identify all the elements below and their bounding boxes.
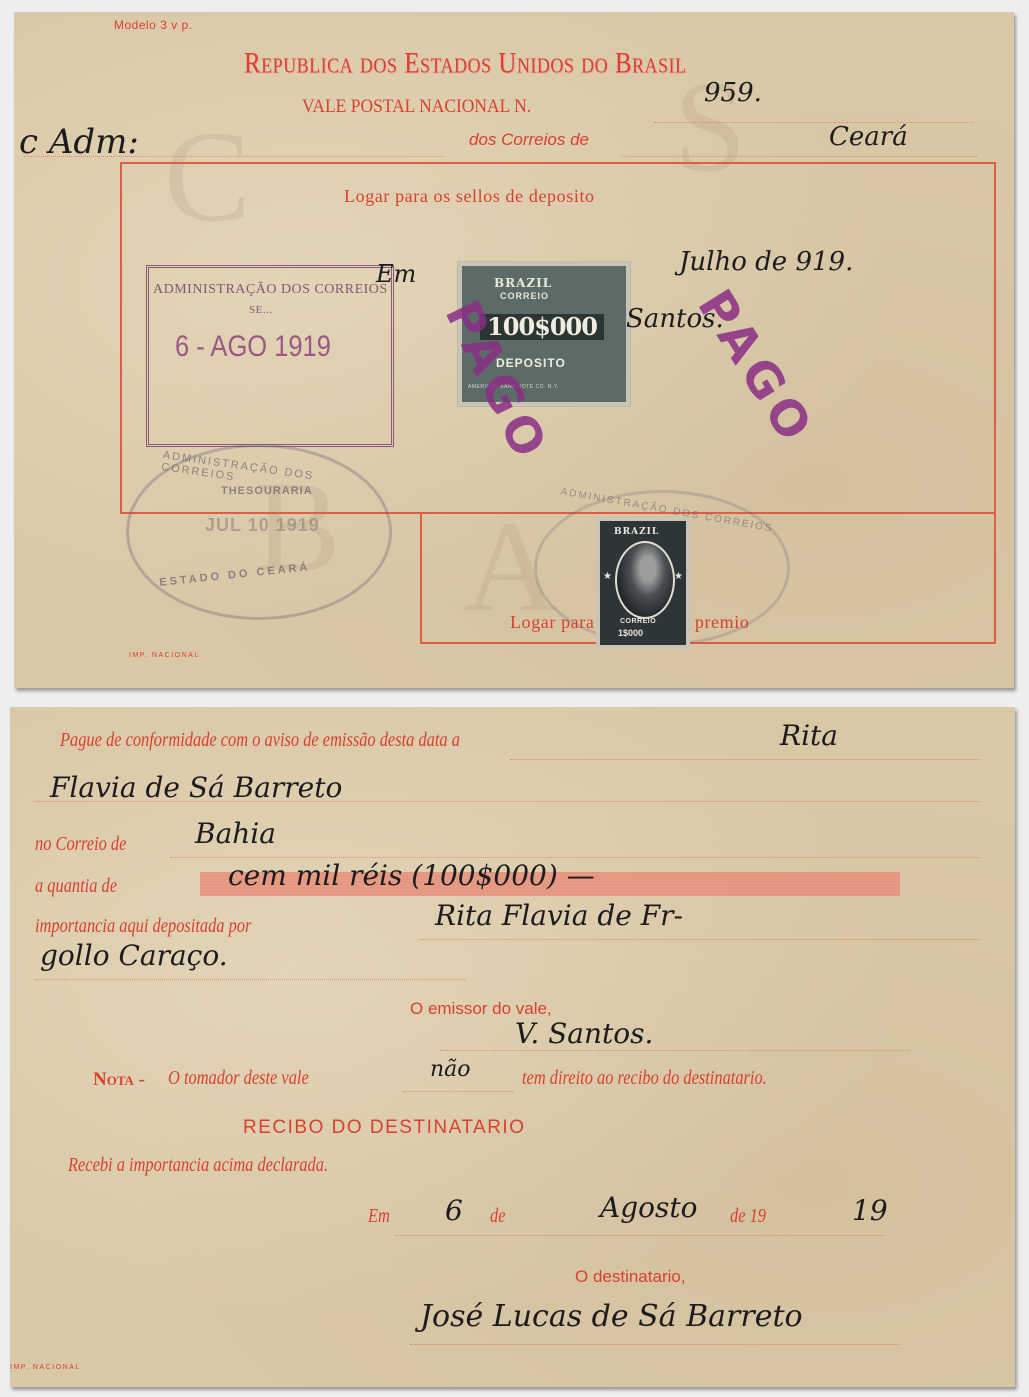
- issuer-signature: V. Santos.: [515, 1017, 653, 1050]
- city-line: [622, 156, 977, 157]
- line2-dots: [35, 801, 980, 802]
- handwritten-month: Agosto: [600, 1191, 697, 1224]
- pay-instruction: Pague de conformidade com o aviso de emi…: [60, 729, 460, 752]
- handwritten-destination: Bahia: [195, 817, 276, 850]
- receipt-statement: Recebi a importancia acima declarada.: [68, 1154, 328, 1177]
- nota-text-b: tem direito ao recibo do destinatario.: [522, 1067, 767, 1090]
- correio-label: no Correio de: [35, 833, 126, 856]
- date-stamp-office: ADMINISTRAÇÃO DOS CORREIOS: [153, 282, 388, 298]
- printer-imprint: IMP. NACIONAL: [10, 1364, 81, 1371]
- handwritten-day: 6: [445, 1194, 463, 1227]
- recipient-signature: José Lucas de Sá Barreto: [420, 1299, 803, 1334]
- document-title: Republica dos Estados Unidos do Brasil: [244, 47, 687, 80]
- handwritten-year: 19: [852, 1194, 888, 1227]
- recipient-line: [410, 1344, 900, 1345]
- portrait-icon: [615, 541, 675, 619]
- vale-number-line: [654, 122, 974, 123]
- stamp-service: CORREIO: [620, 618, 656, 625]
- correios-label: dos Correios de: [469, 130, 589, 150]
- date-line: [395, 1235, 885, 1236]
- stamp-country: BRAZIL: [614, 527, 659, 537]
- adm-line: [24, 156, 444, 157]
- de-label: de: [490, 1205, 505, 1228]
- star-icon: ★: [603, 571, 612, 582]
- handwritten-em: Em: [376, 260, 416, 288]
- oval-stamp-date: JUL 10 1919: [205, 515, 320, 536]
- handwritten-amount: cem mil réis (100$000) —: [228, 859, 595, 892]
- handwritten-nao: não: [430, 1057, 471, 1082]
- stamp-country: BRAZIL: [494, 276, 552, 290]
- nota-text-a: O tomador deste vale: [168, 1067, 309, 1090]
- line6-dots: [35, 979, 465, 980]
- oval-treasury-stamp: ADMINISTRAÇÃO DOS CORREIOS THESOURARIA J…: [126, 444, 392, 620]
- money-order-back: Pague de conformidade com o aviso de emi…: [10, 707, 1015, 1387]
- handwritten-city: Ceará: [829, 122, 908, 152]
- handwritten-depositor: Rita Flavia de Fr-: [435, 899, 683, 932]
- date-stamp-section: SE...: [249, 304, 273, 316]
- date-cancel-stamp: ADMINISTRAÇÃO DOS CORREIOS SE... 6 - AGO…: [146, 265, 394, 447]
- money-order-front: C S B A Modelo 3 v p. Republica dos Esta…: [14, 12, 1014, 688]
- recipient-label: O destinatario,: [575, 1267, 686, 1287]
- star-icon: ★: [674, 571, 683, 582]
- issuer-label: O emissor do vale,: [410, 999, 552, 1019]
- nota-label: Nota -: [93, 1069, 145, 1091]
- handwritten-payee-rest: Flavia de Sá Barreto: [50, 771, 342, 804]
- receipt-title: RECIBO DO DESTINATARIO: [243, 1117, 526, 1139]
- handwritten-payee-first: Rita: [780, 719, 838, 752]
- nota-dots: [403, 1091, 513, 1092]
- stamp-service: CORREIO: [500, 291, 549, 301]
- oval-stamp-bottom: ESTADO DO CEARÁ: [159, 561, 311, 589]
- line1-dots: [510, 759, 980, 760]
- line3-dots: [170, 857, 980, 858]
- printer-imprint: IMP. NACIONAL: [129, 652, 200, 659]
- handwritten-date: Julho de 919.: [679, 247, 853, 277]
- handwritten-depositor-cont: gollo Caraço.: [40, 939, 228, 972]
- vale-label: VALE POSTAL NACIONAL N.: [302, 96, 531, 118]
- model-number: Modelo 3 v p.: [114, 18, 193, 32]
- year-prefix-label: de 19: [730, 1205, 766, 1228]
- premium-postage-stamp: BRAZIL ★ ★ CORREIO 1$000: [596, 517, 690, 649]
- date-stamp-date: 6 - AGO 1919: [175, 330, 331, 364]
- line5-dots: [420, 939, 980, 940]
- oval-stamp-middle: THESOURARIA: [221, 485, 313, 497]
- deposited-by-label: importancia aqui depositada por: [35, 915, 251, 938]
- deposit-box-label: Logar para os sellos de deposito: [344, 186, 595, 207]
- amount-label: a quantia de: [35, 875, 117, 898]
- vale-number: 959.: [704, 78, 762, 108]
- em-label: Em: [368, 1205, 390, 1228]
- stamp-value: 1$000: [618, 628, 643, 638]
- issuer-line: [440, 1050, 910, 1051]
